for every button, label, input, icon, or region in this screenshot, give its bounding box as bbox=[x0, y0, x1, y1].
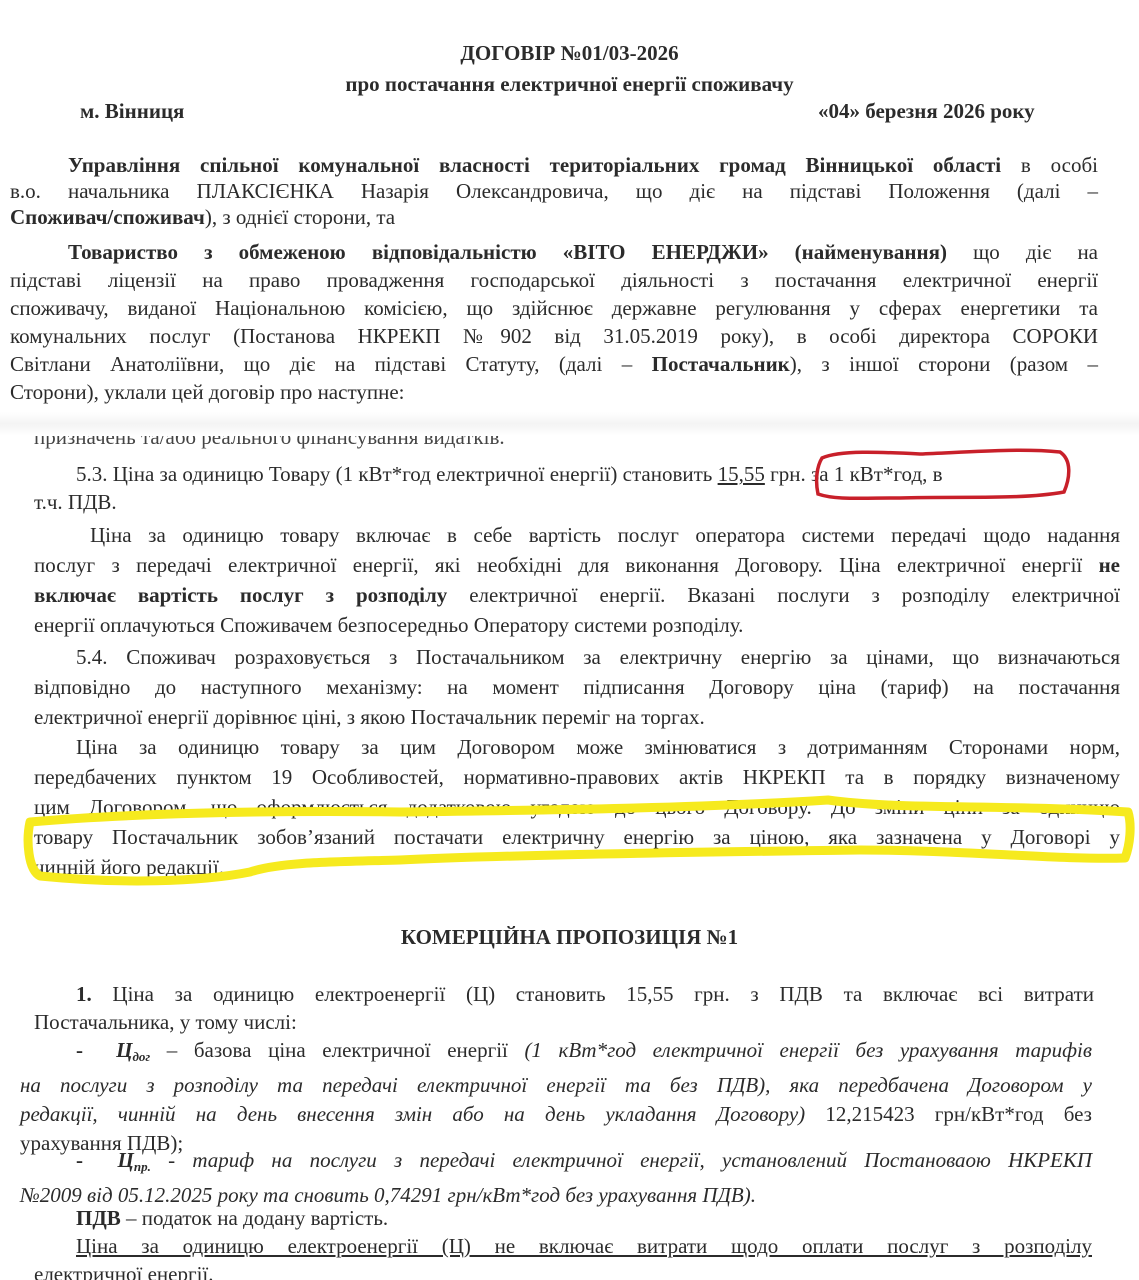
proposal-title: КОМЕРЦІЙНА ПРОПОЗИЦІЯ №1 bbox=[0, 924, 1139, 950]
section-5-4: 5.4. Споживач розраховується з Постачаль… bbox=[34, 642, 1120, 732]
contract-title: ДОГОВІР №01/03-2026 bbox=[0, 40, 1139, 66]
transmission-tariff-item: - Цпр. - тариф на послуги з передачі еле… bbox=[20, 1146, 1092, 1210]
preamble-party-2: Товариство з обмеженою відповідальністю … bbox=[10, 238, 1098, 406]
proposal-item-1: 1. Ціна за одиницю електроенергії (Ц) ст… bbox=[34, 980, 1094, 1036]
highlighted-text: товару Постачальник зобов’язаний постача… bbox=[34, 822, 1120, 852]
city: м. Вінниця bbox=[80, 99, 184, 124]
contract-date: «04» березня 2026 року bbox=[818, 99, 1035, 124]
base-price-value: 12,215423 грн/кВт*год без bbox=[805, 1102, 1092, 1126]
supplier-name: Товариство з обмеженою відповідальністю … bbox=[68, 240, 947, 264]
proposal-note: Ціна за одиницю електроенергії (Ц) не вк… bbox=[34, 1232, 1092, 1280]
scanned-contract-page: ДОГОВІР №01/03-2026 про постачання елект… bbox=[0, 0, 1139, 1280]
section-5-3-paragraph-2: Ціна за одиницю товару включає в себе ва… bbox=[34, 520, 1120, 640]
highlighted-text: чинній його редакції. bbox=[34, 852, 1120, 882]
price-value: 15,55 bbox=[718, 462, 765, 486]
highlighted-text: До зміни ціни за одиницю bbox=[831, 795, 1120, 819]
section-5-4-paragraph-2: Ціна за одиницю товару за цим Договором … bbox=[34, 732, 1120, 882]
page-splice-divider bbox=[0, 412, 1139, 436]
contract-subtitle: про постачання електричної енергії спожи… bbox=[0, 71, 1139, 97]
vat-definition: ПДВ – податок на додану вартість. bbox=[76, 1204, 388, 1232]
base-price-item: - Цдог – базова ціна електричної енергії… bbox=[20, 1036, 1092, 1158]
clipped-text-line: призначень та/або реального фінансування… bbox=[34, 436, 505, 450]
section-5-3: 5.3. Ціна за одиницю Товару (1 кВт*год е… bbox=[34, 460, 1100, 516]
consumer-name: Управління спільної комунальної власност… bbox=[68, 153, 1001, 177]
preamble-party-1: Управління спільної комунальної власност… bbox=[10, 152, 1098, 230]
